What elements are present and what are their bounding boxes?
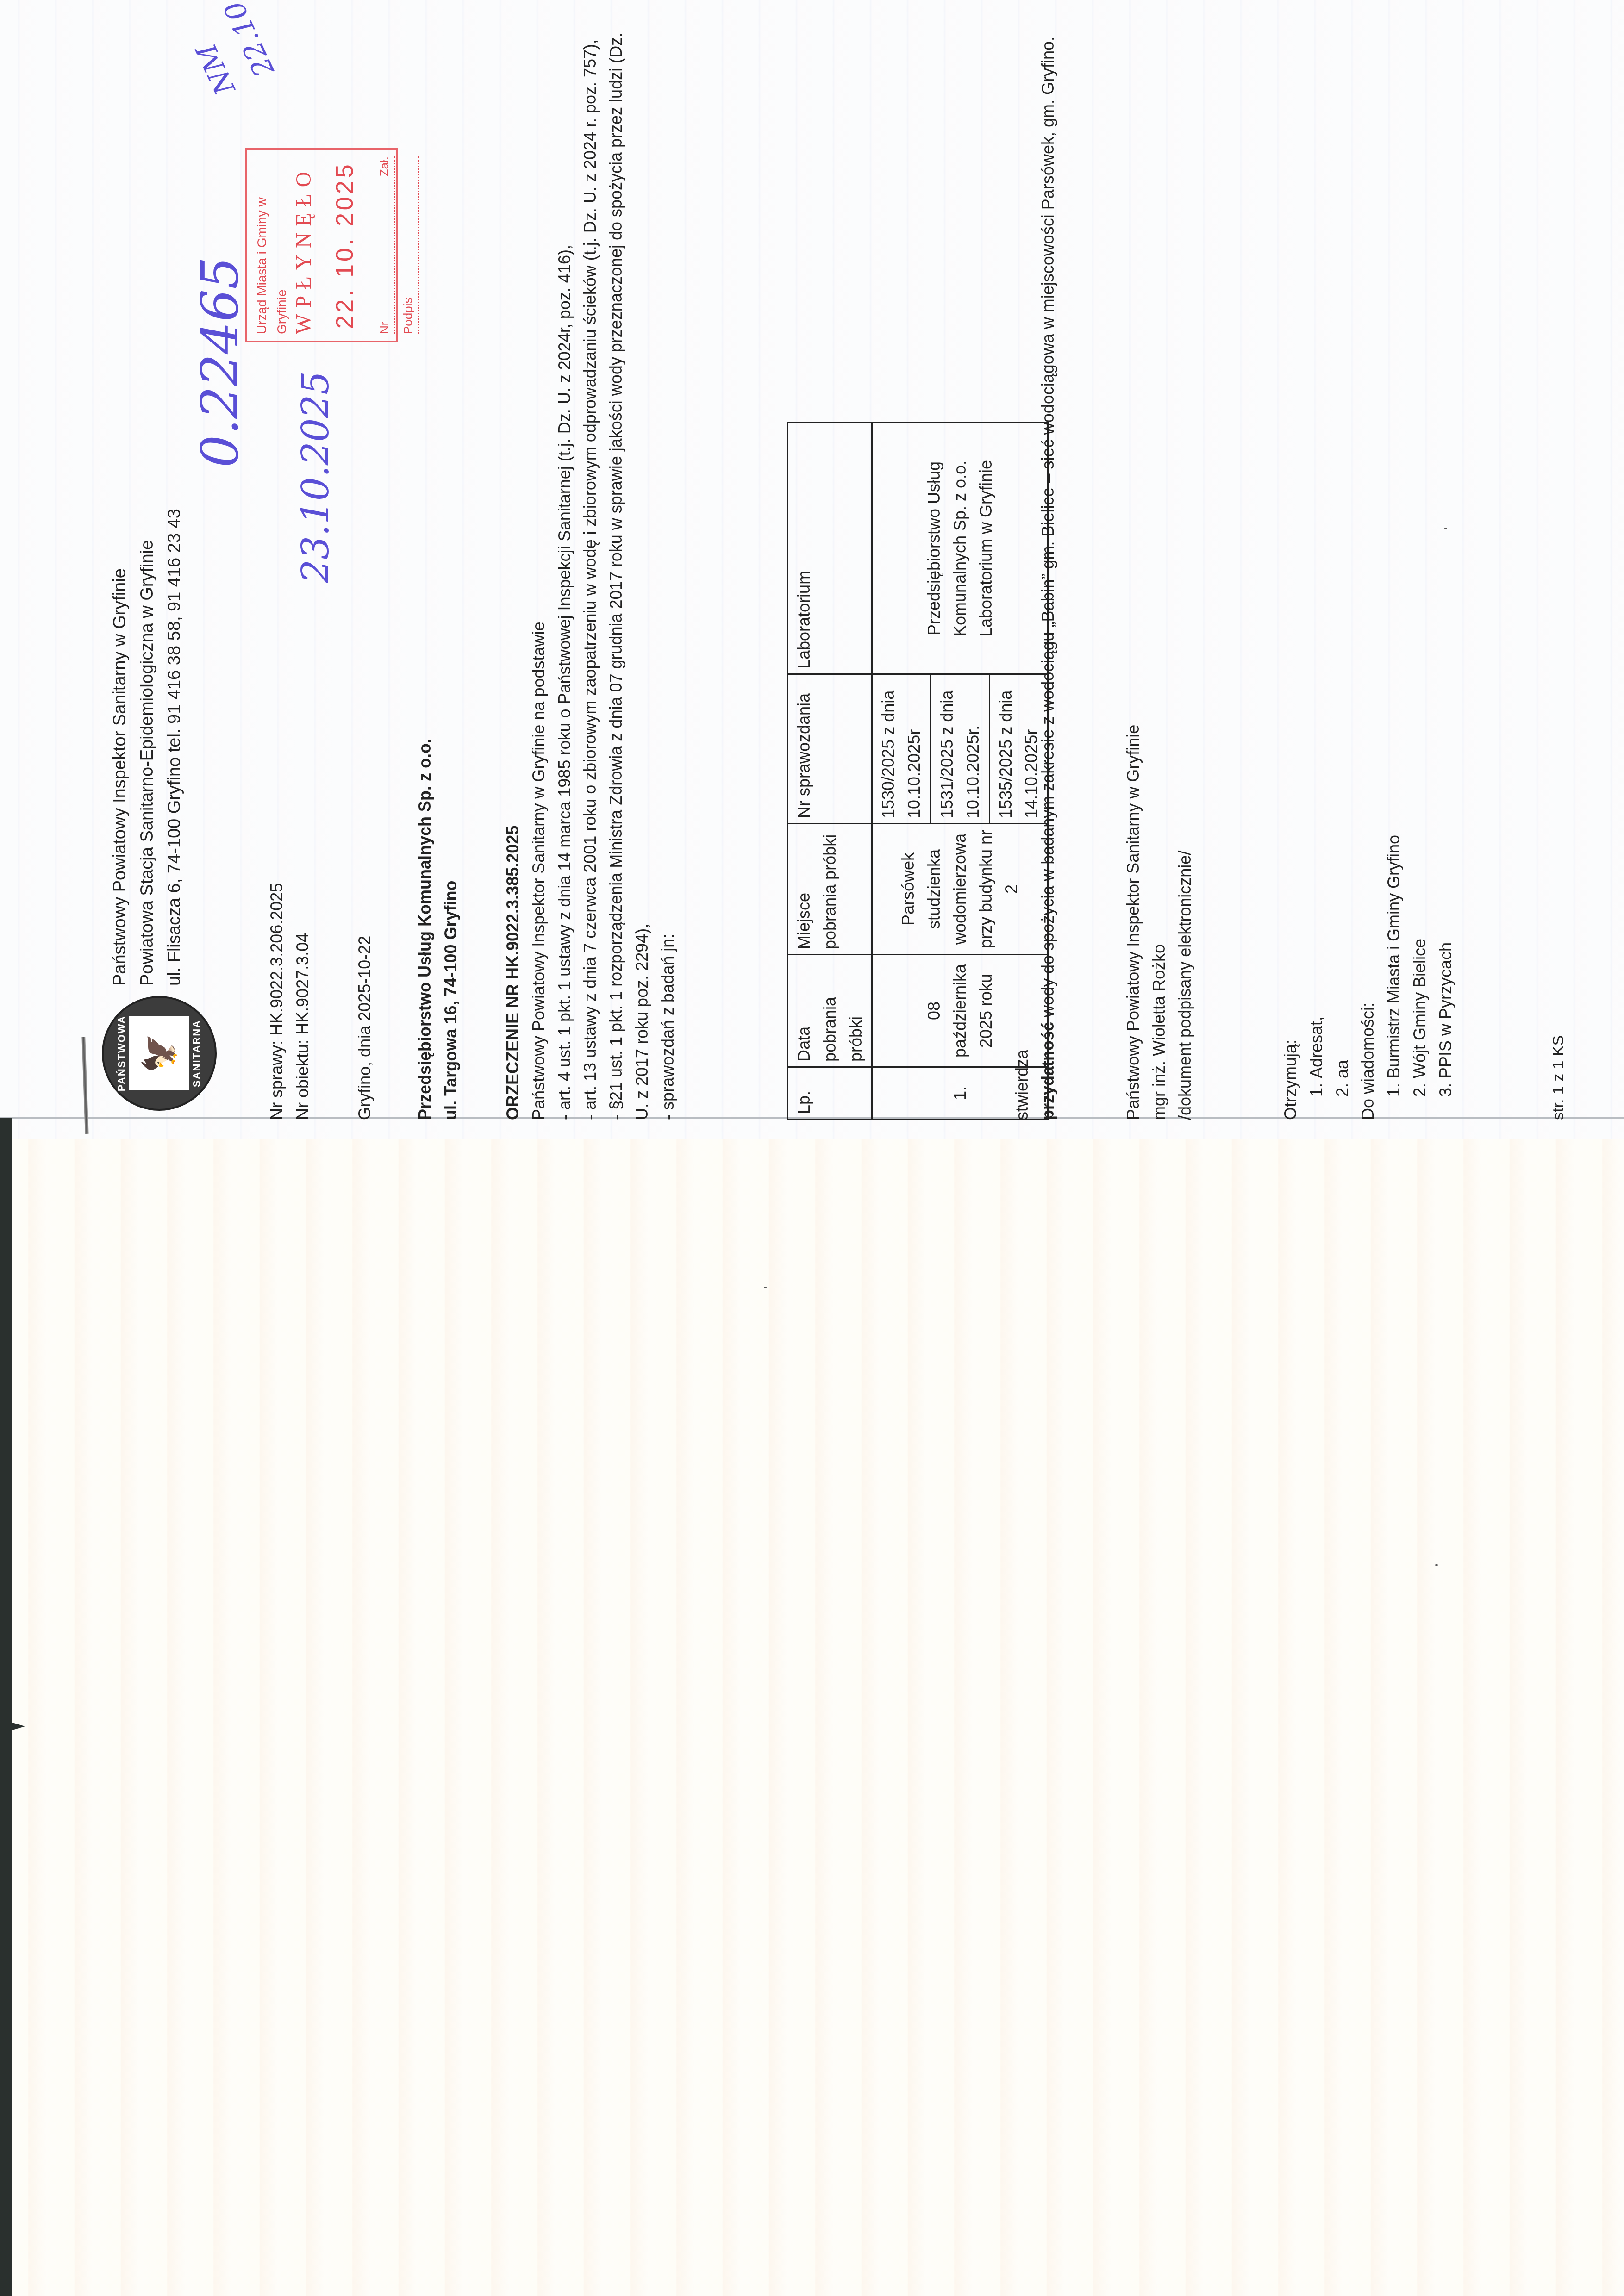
conclusion: stwierdza przydatność wody do spożycia w…: [1009, 19, 1061, 1120]
stamp-nr-label: Nr: [377, 322, 391, 334]
header-report: Nr sprawozdania: [788, 674, 872, 824]
table-header-row: Lp. Data pobrania próbki Miejsce pobrani…: [788, 423, 872, 1120]
decision-title: ORZECZENIE NR HK.9022.3.385.2025: [500, 19, 526, 1120]
info-label: Do wiadomości:: [1355, 835, 1381, 1120]
legal-basis: - art. 4 ust. 1 pkt. 1 ustawy z dnia 14 …: [552, 19, 578, 1120]
inspection-logo: PAŃSTWOWA 🦅 INSPEKCJA SANITARNA: [102, 996, 217, 1111]
table-row: 1. 08 października 2025 roku Parsówek st…: [872, 423, 931, 1120]
recipient-item: Adresat,: [1304, 835, 1330, 1078]
logo-text-top: PAŃSTWOWA: [114, 998, 130, 1109]
place-date: Gryfino, dnia 2025-10-22: [352, 936, 378, 1120]
dust-speck: [1444, 528, 1447, 529]
conclusion-keyword: przydatność: [1038, 1022, 1057, 1120]
handwritten-date: 23.10.2025: [287, 371, 344, 583]
header-place: Miejsce pobrania próbki: [788, 824, 872, 955]
header-date: Data pobrania próbki: [788, 955, 872, 1067]
cell-report: 1531/2025 z dnia 10.10.2025r.: [931, 674, 989, 824]
stamp-zal-label: Zał.: [375, 156, 394, 176]
scanner-edge-shadow: [0, 1118, 12, 2296]
institution-address: ul. Flisacza 6, 74-100 Gryfino tel. 91 4…: [161, 509, 188, 986]
stamp-signature-line: Podpis: [399, 156, 418, 334]
recipients: Otrzymują: Adresat, aa Do wiadomości: Bu…: [1278, 835, 1459, 1120]
signature-note: /dokument podpisany elektronicznie/: [1172, 725, 1198, 1120]
object-number: Nr obiektu: HK.9027.3.04: [290, 883, 316, 1120]
addressee-address: ul. Targowa 16, 74-100 Gryfino: [438, 739, 464, 1120]
stamp-podpis-label: Podpis: [401, 298, 415, 335]
legal-basis: - sprawozdań z badań jn:: [655, 19, 681, 1120]
legal-basis: - §21 ust. 1 pkt. 1 rozporządzenia Minis…: [603, 19, 655, 1120]
conclusion-text: wody do spożycia w badanym zakresie z wo…: [1038, 37, 1057, 1022]
scanner-edge-notch: [9, 1722, 25, 1731]
institution-name: Państwowy Powiatowy Inspektor Sanitarny …: [106, 509, 134, 986]
signature-block: Państwowy Powiatowy Inspektor Sanitarny …: [1120, 725, 1198, 1120]
document-page: PAŃSTWOWA 🦅 INSPEKCJA SANITARNA Państwow…: [93, 0, 1296, 1139]
page-footer: str. 1 z 1 KS: [1546, 1035, 1571, 1120]
addressee: Przedsiębiorstwo Usług Komunalnych Sp. z…: [412, 739, 464, 1120]
case-number: Nr sprawy: HK.9022.3.206.2025: [264, 883, 290, 1120]
decision-intro: Państwowy Powiatowy Inspektor Sanitarny …: [526, 19, 552, 1120]
addressee-name: Przedsiębiorstwo Usług Komunalnych Sp. z…: [412, 739, 438, 1120]
decision: ORZECZENIE NR HK.9022.3.385.2025 Państwo…: [500, 19, 681, 1120]
institution-station: Powiatowa Stacja Sanitarno-Epidemiologic…: [134, 509, 161, 986]
dust-speck: [1435, 1564, 1438, 1566]
legal-basis: - art. 13 ustawy z dnia 7 czerwca 2001 r…: [577, 19, 603, 1120]
stamp-date: 22. 10. 2025: [326, 156, 364, 334]
conclusion-verb: stwierdza: [1009, 19, 1035, 1120]
info-recipient-item: Burmistrz Miasta i Gminy Gryfino: [1381, 835, 1407, 1078]
scanner-blank-area: [0, 1139, 1624, 2296]
stamp-nr-line: Nr Zał.: [375, 156, 395, 334]
signer-title: Państwowy Powiatowy Inspektor Sanitarny …: [1120, 725, 1146, 1120]
stamp-label: WPŁYNĘŁO: [292, 156, 316, 334]
signer-name: mgr inż. Wioletta Rożko: [1146, 725, 1172, 1120]
dust-speck: [764, 1287, 767, 1288]
letterhead: Państwowy Powiatowy Inspektor Sanitarny …: [106, 509, 188, 986]
info-recipient-item: PPIS w Pyrzycach: [1433, 835, 1459, 1078]
info-recipient-item: Wójt Gminy Bielice: [1407, 835, 1433, 1078]
recipient-item: aa: [1330, 835, 1355, 1078]
received-stamp: Urząd Miasta i Gminy w Gryfinie WPŁYNĘŁO…: [245, 148, 398, 342]
handwritten-initials: NM 22.10: [171, 0, 286, 102]
handwritten-registry-number: 0.22465: [181, 257, 260, 467]
logo-text-bottom: INSPEKCJA SANITARNA: [173, 998, 205, 1109]
case-meta: Nr sprawy: HK.9022.3.206.2025 Nr obiektu…: [264, 883, 316, 1120]
cell-report: 1530/2025 z dnia 10.10.2025r: [872, 674, 931, 824]
header-laboratory: Laboratorium: [788, 423, 872, 674]
receive-label: Otrzymują:: [1278, 835, 1304, 1120]
header-lp: Lp.: [788, 1067, 872, 1120]
